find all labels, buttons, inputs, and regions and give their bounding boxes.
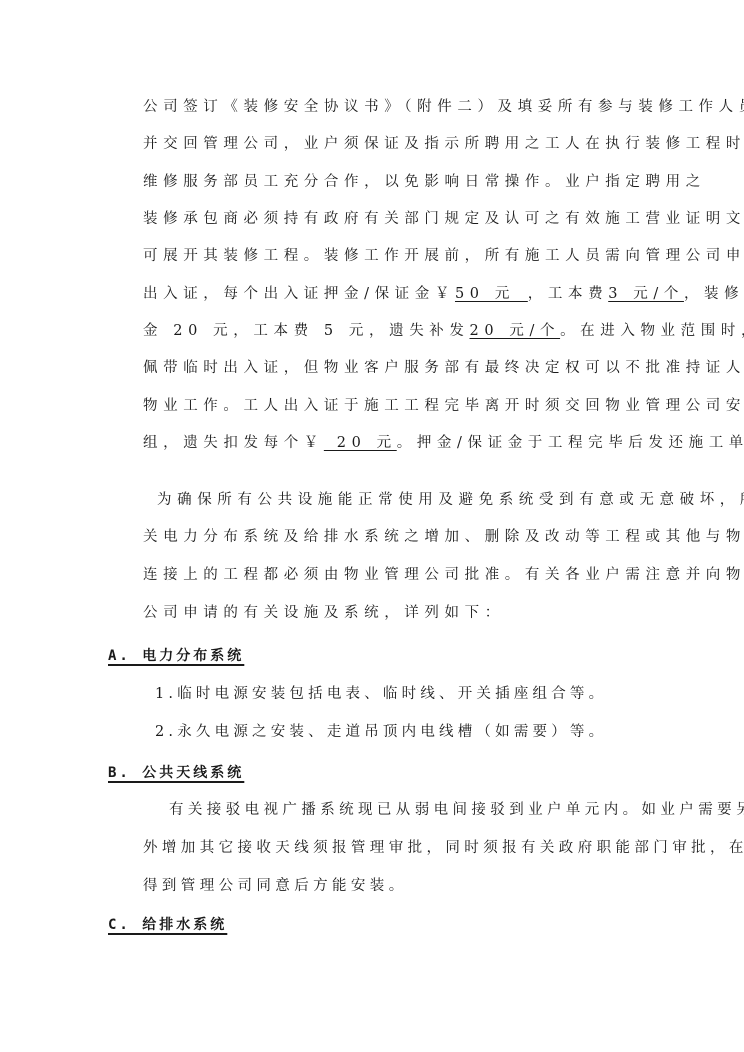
paragraph-line: 为确保所有公共设施能正常使用及避免系统受到有意或无意破坏，所有有 xyxy=(157,490,744,510)
text: 。在进入物业范围时，工人必须 xyxy=(560,323,744,339)
text: 出入证，每个出入证押金/保证金￥ xyxy=(143,286,455,302)
paragraph-line: 装修承包商必须持有政府有关部门规定及认可之有效施工营业证明文件，方 xyxy=(143,209,744,229)
section-heading-a: A. 电力分布系统 xyxy=(108,645,244,665)
paragraph-line: 佩带临时出入证，但物业客户服务部有最终决定权可以不批准持证人士进入 xyxy=(143,358,744,378)
text: 组，遗失扣发每个￥ xyxy=(143,435,324,451)
paragraph-line: 可展开其装修工程。装修工作开展前，所有施工人员需向管理公司申请工人 xyxy=(143,246,744,266)
text: ，装修许可证押 xyxy=(684,286,744,302)
list-item: 1.临时电源安装包括电表、临时线、开关插座组合等。 xyxy=(155,684,607,704)
paragraph-line: 关电力分布系统及给排水系统之增加、删除及改动等工程或其他与物业系统 xyxy=(143,527,744,547)
paragraph-line: 并交回管理公司，业户须保证及指示所聘用之工人在执行装修工程时与工程 xyxy=(143,134,744,154)
text: ，工本费 xyxy=(528,286,608,302)
paragraph-line: 公司申请的有关设施及系统，详列如下： xyxy=(143,603,505,623)
section-heading-c: C. 给排水系统 xyxy=(108,914,227,934)
reissue-amount: 20 元/个 xyxy=(470,323,561,339)
paragraph-line: 公司签订《装修安全协议书》（附件二）及填妥所有参与装修工作人员名单 xyxy=(143,97,744,117)
paragraph-line: 金 20 元，工本费 5 元，遗失补发20 元/个。在进入物业范围时，工人必须 xyxy=(143,321,744,341)
paragraph-line: 出入证，每个出入证押金/保证金￥50 元_，工本费3 元/个，装修许可证押 xyxy=(143,284,744,304)
list-item: 2.永久电源之安装、走道吊顶内电线槽（如需要）等。 xyxy=(155,722,607,742)
paragraph-line: 物业工作。工人出入证于施工工程完毕离开时须交回物业管理公司安全服务 xyxy=(143,396,744,416)
paragraph-line: 外增加其它接收天线须报管理审批，同时须报有关政府职能部门审批，在 xyxy=(143,838,744,858)
text: 金 20 元，工本费 5 元，遗失补发 xyxy=(143,323,470,339)
paragraph-line: 维修服务部员工充分合作，以免影响日常操作。业户指定聘用之 xyxy=(143,172,706,192)
deposit-amount: 50 元_ xyxy=(455,286,528,302)
section-heading-b: B. 公共天线系统 xyxy=(108,762,244,782)
paragraph-line: 组，遗失扣发每个￥_20 元。押金/保证金于工程完毕后发还施工单位。 xyxy=(143,433,744,453)
lost-fee-amount: _20 元 xyxy=(324,435,397,451)
paragraph-line: 有关接驳电视广播系统现已从弱电间接驳到业户单元内。如业户需要另 xyxy=(169,800,744,820)
fee-amount: 3 元/个 xyxy=(608,286,684,302)
text: 。押金/保证金于工程完毕后发还施工单位。 xyxy=(397,435,744,451)
paragraph-line: 得到管理公司同意后方能安装。 xyxy=(143,876,408,896)
paragraph-line: 连接上的工程都必须由物业管理公司批准。有关各业户需注意并向物业管理 xyxy=(143,565,744,585)
